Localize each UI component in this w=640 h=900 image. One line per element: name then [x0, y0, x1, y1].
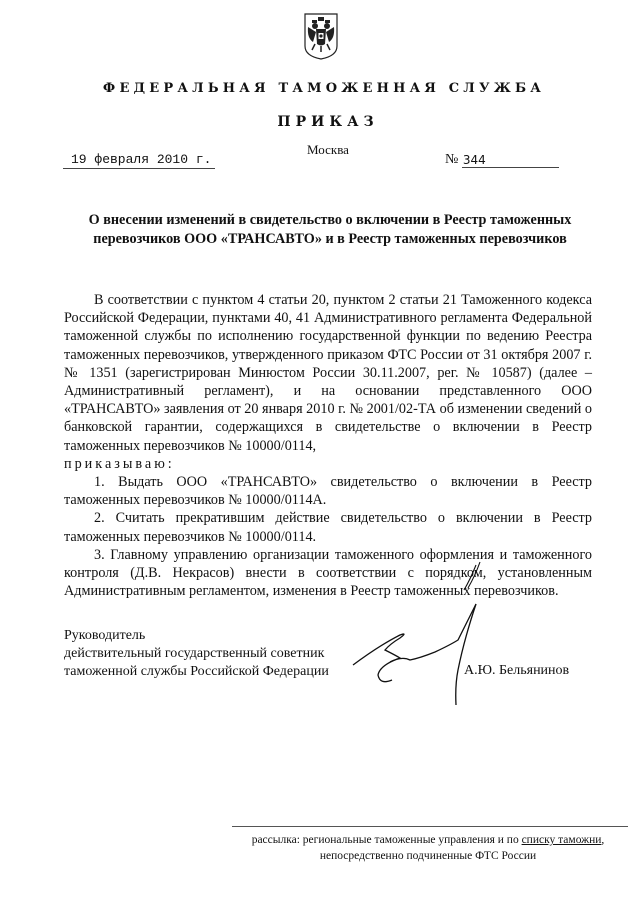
signer-title-line-3: таможенной службы Российской Федерации	[64, 663, 364, 681]
document-body: В соответствии с пунктом 4 статьи 20, пу…	[64, 291, 592, 600]
subject-line-2: перевозчиков ООО «ТРАНСАВТО» и в Реестр …	[70, 230, 590, 249]
distribution-list: рассылка: региональные таможенные управл…	[228, 832, 628, 864]
signer-name: А.Ю. Бельянинов	[464, 663, 569, 679]
distribution-line-1: рассылка: региональные таможенные управл…	[228, 832, 628, 848]
order-item-2: 2. Считать прекратившим действие свидете…	[64, 509, 592, 545]
distribution-line-2: непосредственно подчиненные ФТС России	[228, 848, 628, 864]
signer-title: Руководитель действительный государствен…	[64, 627, 364, 681]
document-type: ПРИКАЗ	[0, 114, 640, 130]
signer-title-line-1: Руководитель	[64, 627, 364, 645]
russian-coat-of-arms-icon	[303, 12, 339, 60]
handwritten-signature-icon	[340, 560, 490, 740]
number-sign: №	[445, 152, 458, 168]
preamble-paragraph: В соответствии с пунктом 4 статьи 20, пу…	[64, 291, 592, 455]
subject-line-1: О внесении изменений в свидетельство о в…	[70, 211, 590, 230]
distribution-underlined: списку таможни	[522, 834, 602, 846]
document-subject: О внесении изменений в свидетельство о в…	[70, 211, 590, 249]
number-value: 344	[462, 153, 559, 168]
order-word: приказываю:	[64, 455, 592, 473]
footer-divider	[232, 826, 628, 827]
document-date: 19 февраля 2010 г.	[63, 152, 215, 169]
signer-title-line-2: действительный государственный советник	[64, 645, 364, 663]
order-item-3: 3. Главному управлению организации тамож…	[64, 546, 592, 601]
organization-title: ФЕДЕРАЛЬНАЯ ТАМОЖЕННАЯ СЛУЖБА	[0, 81, 640, 96]
order-item-1: 1. Выдать ООО «ТРАНСАВТО» свидетельство …	[64, 473, 592, 509]
document-number: № 344	[445, 152, 570, 168]
